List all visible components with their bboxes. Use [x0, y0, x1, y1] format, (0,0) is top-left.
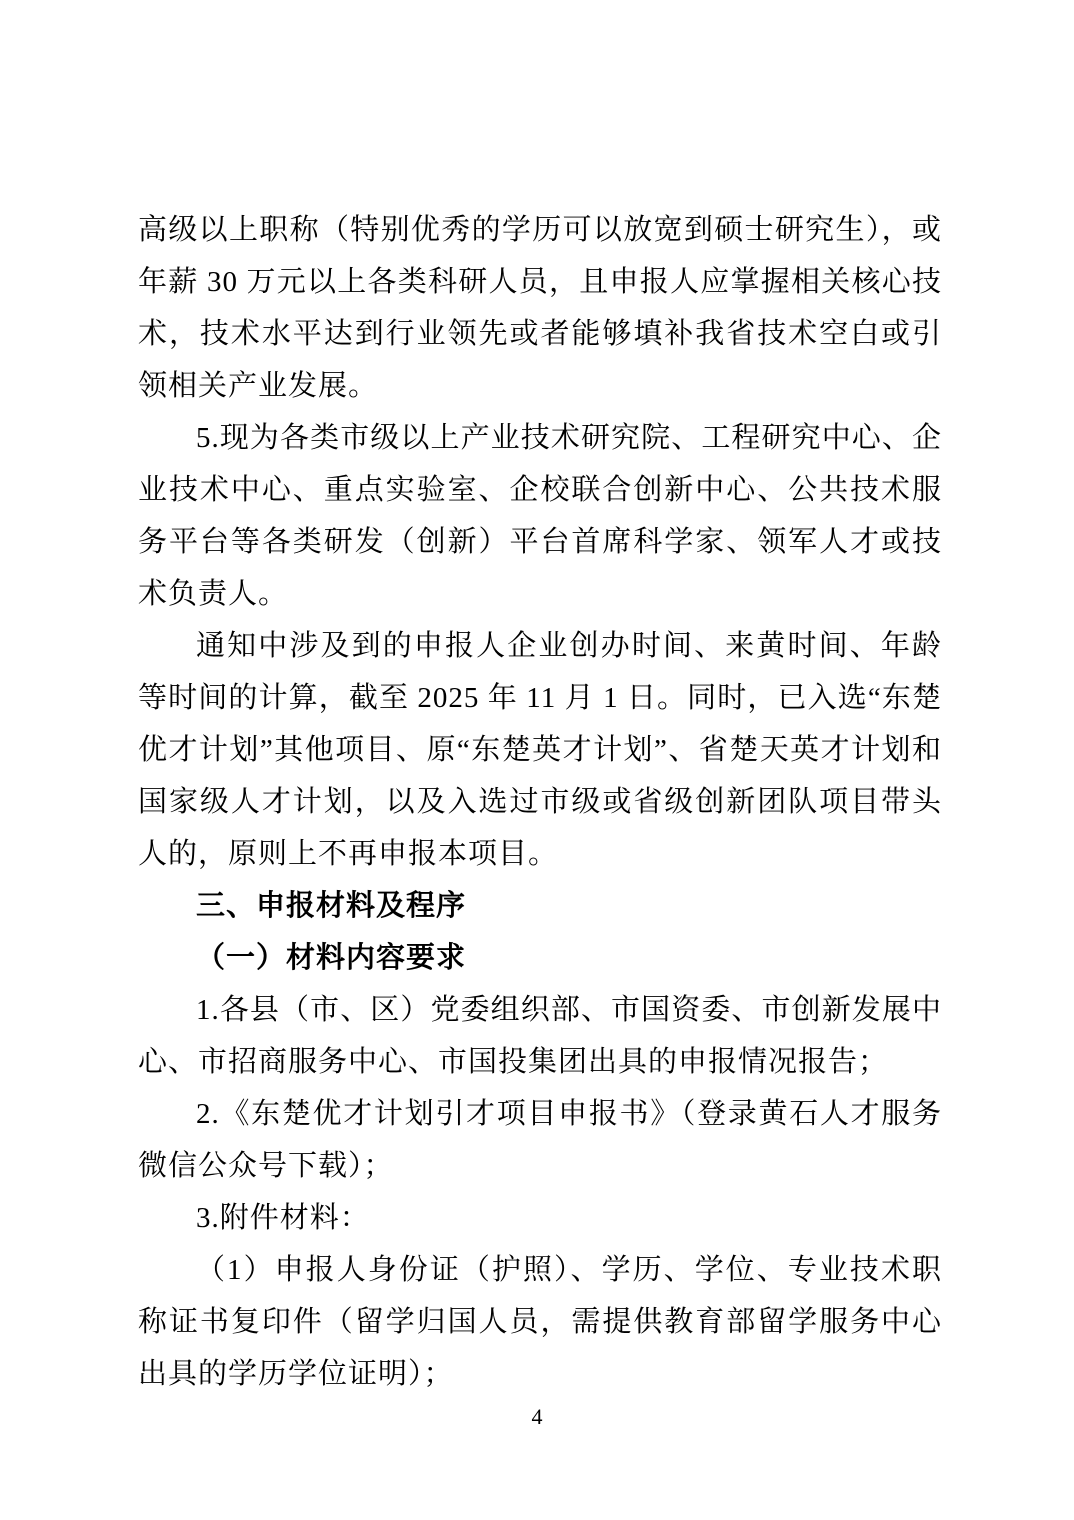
paragraph-deadline-note: 通知中涉及到的申报人企业创办时间、来黄时间、年龄等时间的计算，截至 2025 年…	[138, 620, 942, 880]
subsection-heading-material-requirements: （一）材料内容要求	[138, 932, 942, 984]
paragraph-item-3: 3.附件材料：	[138, 1192, 942, 1244]
paragraph-item-2: 2.《东楚优才计划引才项目申报书》（登录黄石人才服务微信公众号下载）；	[138, 1088, 942, 1192]
paragraph-item-1: 1.各县（市、区）党委组织部、市国资委、市创新发展中心、市招商服务中心、市国投集…	[138, 984, 942, 1088]
paragraph-item-5: 5.现为各类市级以上产业技术研究院、工程研究中心、企业技术中心、重点实验室、企校…	[138, 412, 942, 620]
paragraph-continuation: 高级以上职称（特别优秀的学历可以放宽到硕士研究生），或年薪 30 万元以上各类科…	[138, 204, 942, 412]
paragraph-attachment-1: （1）申报人身份证（护照）、学历、学位、专业技术职称证书复印件（留学归国人员，需…	[138, 1244, 942, 1400]
page-number: 4	[0, 1402, 1074, 1432]
document-content: 高级以上职称（特别优秀的学历可以放宽到硕士研究生），或年薪 30 万元以上各类科…	[138, 204, 942, 1400]
section-heading-materials-and-procedure: 三、申报材料及程序	[138, 880, 942, 932]
document-page: 高级以上职称（特别优秀的学历可以放宽到硕士研究生），或年薪 30 万元以上各类科…	[0, 0, 1074, 1520]
